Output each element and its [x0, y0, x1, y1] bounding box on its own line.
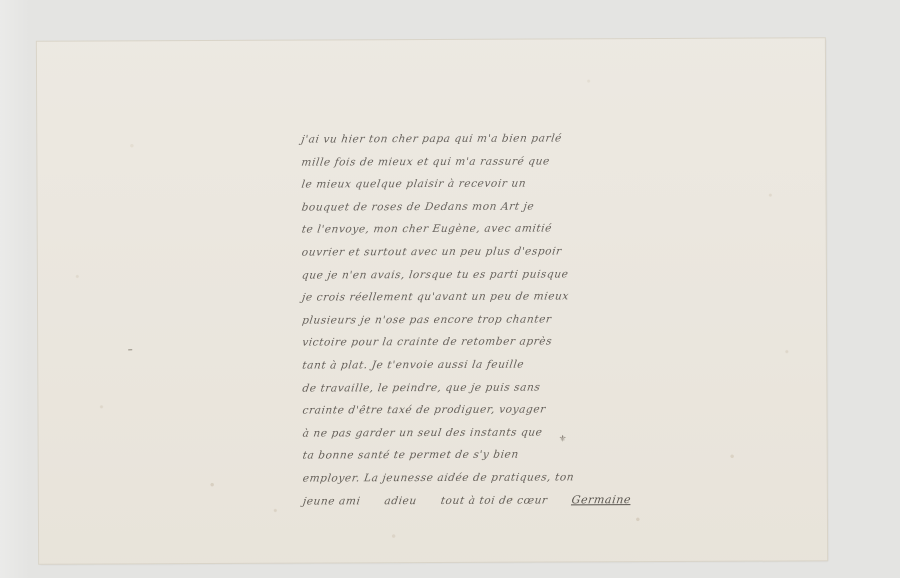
- letter-line: crainte d'être taxé de prodiguer, voyage…: [301, 398, 604, 422]
- letter-line: employer. La jeunesse aidée de pratiques…: [301, 466, 604, 490]
- letter-sheet: j'ai vu hier ton cher papa qui m'a bien …: [37, 38, 827, 563]
- letter-line: plusieurs je n'ose pas encore trop chant…: [301, 308, 604, 332]
- letter-line: de travaille, le peindre, que je puis sa…: [301, 376, 604, 400]
- letter-line: te l'envoye, mon cher Eugène, avec amiti…: [300, 218, 603, 242]
- letter-body: j'ai vu hier ton cher papa qui m'a bien …: [301, 127, 603, 512]
- letter-line: bouquet de roses de Dedans mon Art je: [300, 195, 603, 219]
- letter-line: ta bonne santé te permet de s'y bien: [301, 444, 604, 468]
- closing-text: tout à toi de cœur: [439, 489, 549, 512]
- letter-line: je crois réellement qu'avant un peu de m…: [300, 285, 603, 309]
- letter-line: j'ai vu hier ton cher papa qui m'a bien …: [300, 127, 603, 151]
- closing-start: jeune ami: [301, 490, 362, 513]
- letter-line: le mieux quelque plaisir à recevoir un: [300, 172, 603, 196]
- letter-line: que je n'en avais, lorsque tu es parti p…: [300, 263, 603, 287]
- collection-stamp-icon: ⚜: [559, 434, 567, 444]
- letter-line: victoire pour la crainte de retomber apr…: [301, 331, 604, 355]
- closing-salutation: adieu: [383, 490, 418, 513]
- letter-line: ouvrier et surtout avec un peu plus d'es…: [300, 240, 603, 264]
- letter-line: mille fois de mieux et qui m'a rassuré q…: [300, 150, 603, 174]
- closing-line: jeune ami adieu tout à toi de cœur Germa…: [301, 489, 604, 513]
- paper-blemish: [128, 349, 132, 350]
- letter-line: tant à plat. Je t'envoie aussi la feuill…: [301, 353, 604, 377]
- signature: Germaine: [570, 489, 633, 512]
